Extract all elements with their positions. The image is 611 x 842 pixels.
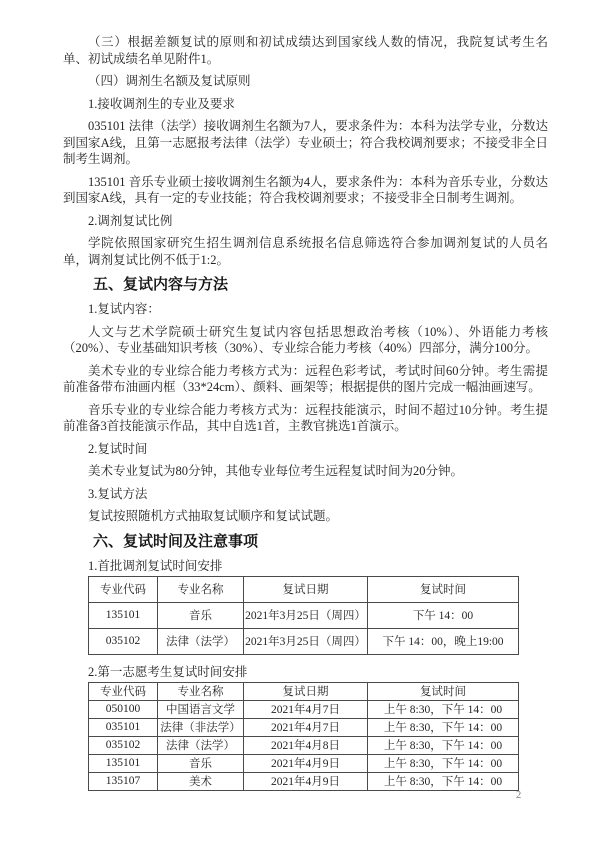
table-cell: 2021年4月7日 bbox=[244, 700, 368, 718]
table-cell: 法律（法学） bbox=[158, 736, 244, 754]
paragraph: 美术专业的专业综合能力考核方式为：远程色彩考试，考试时间60分钟。考生需提前准备… bbox=[63, 363, 548, 396]
table-cell: 上午 8:30，下午 14：00 bbox=[368, 754, 519, 772]
table-row: 035102 法律（法学） 2021年4月8日 上午 8:30，下午 14：00 bbox=[89, 736, 519, 754]
table-caption-first-choice: 2.第一志愿考生复试时间安排 bbox=[63, 664, 548, 680]
table-cell: 035102 bbox=[89, 628, 158, 654]
table-cell: 上午 8:30，下午 14：00 bbox=[368, 718, 519, 736]
section-heading-6: 六、复试时间及注意事项 bbox=[63, 531, 548, 551]
table-cell: 2021年3月25日（周四） bbox=[244, 602, 368, 628]
table-caption-first-batch: 1.首批调剂复试时间安排 bbox=[63, 558, 548, 574]
paragraph: 1.复试内容： bbox=[63, 301, 548, 318]
paragraph: 035101 法律（法学）接收调剂生名额为7人，要求条件为：本科为法学专业，分数… bbox=[63, 118, 548, 168]
paragraph: 1.接收调剂生的专业及要求 bbox=[63, 96, 548, 113]
table-cell: 上午 8:30，下午 14：00 bbox=[368, 772, 519, 790]
table-row: 050100 中国语言文学 2021年4月7日 上午 8:30，下午 14：00 bbox=[89, 700, 519, 718]
table-header-cell: 复试日期 bbox=[244, 576, 368, 602]
table-cell: 音乐 bbox=[158, 754, 244, 772]
table-cell: 2021年3月25日（周四） bbox=[244, 628, 368, 654]
page-number: 2 bbox=[516, 790, 521, 801]
paragraph: 学院依照国家研究生招生调剂信息系统报名信息筛选符合参加调剂复试的人员名单，调剂复… bbox=[63, 235, 548, 268]
table-header-cell: 复试时间 bbox=[368, 576, 519, 602]
table-cell: 135101 bbox=[89, 754, 158, 772]
table-header-row: 专业代码 专业名称 复试日期 复试时间 bbox=[89, 576, 519, 602]
table-cell: 中国语言文学 bbox=[158, 700, 244, 718]
paragraph: 135101 音乐专业硕士接收调剂生名额为4人，要求条件为：本科为音乐专业，分数… bbox=[63, 174, 548, 207]
table-header-cell: 专业代码 bbox=[89, 682, 158, 700]
table-cell: 135107 bbox=[89, 772, 158, 790]
table-cell: 下午 14：00 bbox=[368, 602, 519, 628]
paragraph: （三）根据差额复试的原则和初试成绩达到国家线人数的情况，我院复试考生名单、初试成… bbox=[63, 34, 548, 67]
table-cell: 2021年4月9日 bbox=[244, 754, 368, 772]
paragraph: 2.复试时间 bbox=[63, 441, 548, 458]
paragraph: 音乐专业的专业综合能力考核方式为：远程技能演示，时间不超过10分钟。考生提前准备… bbox=[63, 402, 548, 435]
table-cell: 2021年4月8日 bbox=[244, 736, 368, 754]
table-cell: 035101 bbox=[89, 718, 158, 736]
table-cell: 上午 8:30，下午 14：00 bbox=[368, 736, 519, 754]
paragraph: 复试按照随机方式抽取复试顺序和复试试题。 bbox=[63, 508, 548, 525]
table-cell: 上午 8:30，下午 14：00 bbox=[368, 700, 519, 718]
table-cell: 法律（非法学） bbox=[158, 718, 244, 736]
table-header-cell: 复试时间 bbox=[368, 682, 519, 700]
table-row: 135101 音乐 2021年3月25日（周四） 下午 14：00 bbox=[89, 602, 519, 628]
table-cell: 035102 bbox=[89, 736, 158, 754]
table-row: 035101 法律（非法学） 2021年4月7日 上午 8:30，下午 14：0… bbox=[89, 718, 519, 736]
table-header-row: 专业代码 专业名称 复试日期 复试时间 bbox=[89, 682, 519, 700]
table-header-cell: 专业名称 bbox=[158, 682, 244, 700]
table-header-cell: 专业代码 bbox=[89, 576, 158, 602]
paragraph: 2.调剂复试比例 bbox=[63, 213, 548, 230]
paragraph: 美术专业复试为80分钟，其他专业每位考生远程复试时间为20分钟。 bbox=[63, 463, 548, 480]
table-cell: 050100 bbox=[89, 700, 158, 718]
table-row: 135101 音乐 2021年4月9日 上午 8:30，下午 14：00 bbox=[89, 754, 519, 772]
table-cell: 2021年4月9日 bbox=[244, 772, 368, 790]
schedule-table-first-choice: 专业代码 专业名称 复试日期 复试时间 050100 中国语言文学 2021年4… bbox=[88, 682, 519, 791]
paragraph: （四）调剂生名额及复试原则 bbox=[63, 73, 548, 90]
table-row: 135107 美术 2021年4月9日 上午 8:30，下午 14：00 bbox=[89, 772, 519, 790]
table-cell: 135101 bbox=[89, 602, 158, 628]
table-row: 035102 法律（法学） 2021年3月25日（周四） 下午 14：00，晚上… bbox=[89, 628, 519, 654]
paragraph: 人文与艺术学院硕士研究生复试内容包括思想政治考核（10%）、外语能力考核（20%… bbox=[63, 324, 548, 357]
table-cell: 音乐 bbox=[158, 602, 244, 628]
section-heading-5: 五、复试内容与方法 bbox=[63, 274, 548, 294]
table-cell: 2021年4月7日 bbox=[244, 718, 368, 736]
table-header-cell: 专业名称 bbox=[158, 576, 244, 602]
table-cell: 下午 14：00，晚上19:00 bbox=[368, 628, 519, 654]
table-cell: 美术 bbox=[158, 772, 244, 790]
table-header-cell: 复试日期 bbox=[244, 682, 368, 700]
paragraph: 3.复试方法 bbox=[63, 486, 548, 503]
table-cell: 法律（法学） bbox=[158, 628, 244, 654]
document-page: （三）根据差额复试的原则和初试成绩达到国家线人数的情况，我院复试考生名单、初试成… bbox=[0, 0, 611, 842]
schedule-table-first-batch: 专业代码 专业名称 复试日期 复试时间 135101 音乐 2021年3月25日… bbox=[88, 576, 519, 655]
